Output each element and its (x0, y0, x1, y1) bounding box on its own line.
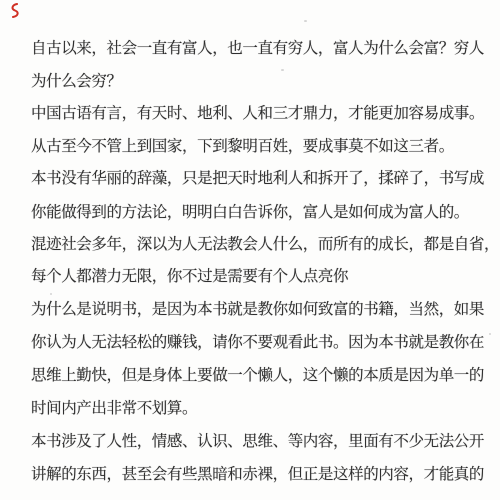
scan-noise-speck (304, 20, 307, 22)
scan-noise-speck (50, 293, 52, 295)
text-line: 自古以来，社会一直有富人，也一直有穷人，富人为什么会富？穷人 (31, 39, 493, 58)
text-line: 你能做得到的方法论，明明白白告诉你，富人是如何成为富人的。 (31, 203, 493, 222)
text-line: 本书没有华丽的辞藻，只是把天时地利人和拆开了，揉碎了，书写成 (31, 169, 493, 188)
text-line: 讲解的东西，甚至会有些黑暗和赤裸，但正是这样的内容，才能真的 (31, 465, 493, 484)
document-page: 自古以来，社会一直有富人，也一直有穷人，富人为什么会富？穷人 为什么会穷？ 中国… (0, 0, 500, 500)
text-line: 为什么会穷？ (31, 72, 493, 91)
red-corner-mark-icon (9, 3, 21, 18)
scan-noise-speck (489, 333, 491, 335)
text-line: 为什么是说明书，是因为本书就是教你如何致富的书籍，当然，如果 (31, 300, 493, 319)
text-line: 每个人都潜力无限，你不过是需要有个人点亮你 (31, 267, 493, 286)
text-line: 思维上勤快，但是身体上要做一个懒人，这个懒的本质是因为单一的 (31, 366, 493, 385)
text-line: 时间内产出非常不划算。 (31, 399, 493, 418)
text-line: 从古至今不管上到国家，下到黎明百姓，要成事莫不如这三者。 (31, 137, 493, 156)
scan-noise-speck (281, 69, 284, 71)
text-line: 本书涉及了人性，情感、认识、思维、等内容，里面有不少无法公开 (31, 432, 493, 451)
text-line: 你认为人无法轻松的赚钱，请你不要观看此书。因为本书就是教你在 (31, 333, 493, 352)
text-line: 中国古语有言，有天时、地利、人和三才鼎力，才能更加容易成事。 (31, 104, 493, 123)
cutoff-text-fragment (31, 494, 81, 500)
text-line: 混迹社会多年，深以为人无法教会人什么，而所有的成长，都是自省， (31, 235, 493, 254)
